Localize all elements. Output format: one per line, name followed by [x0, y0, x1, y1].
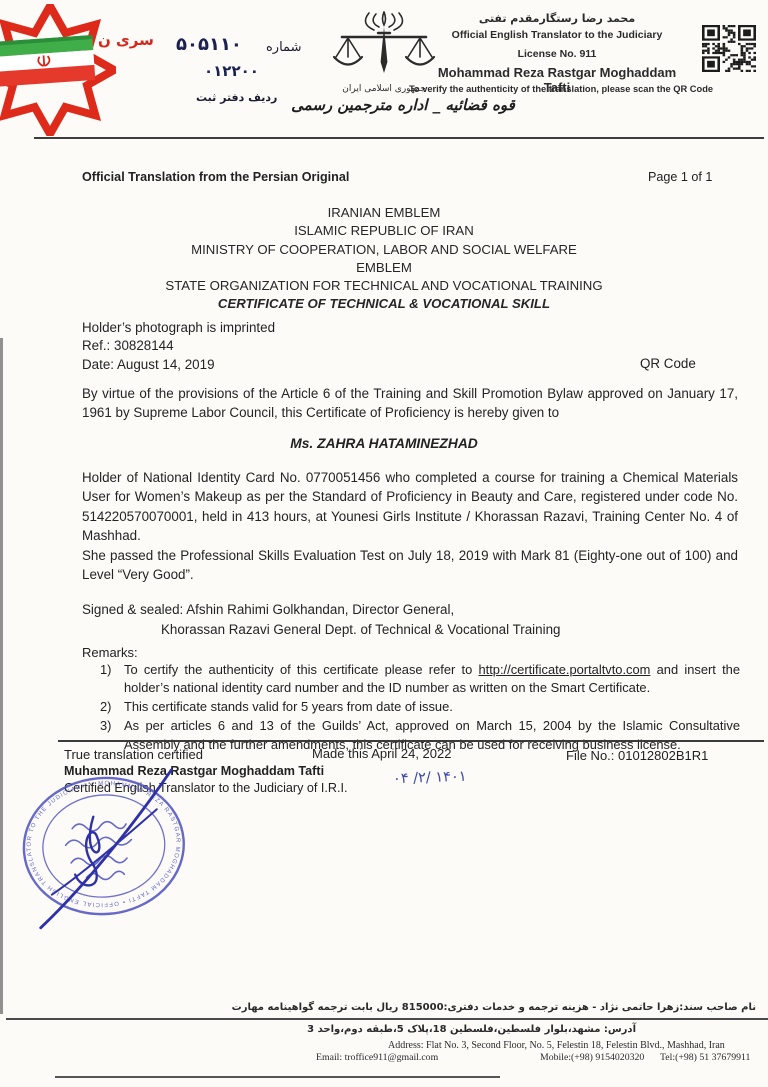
email-line: Email: troffice911@gmail.com — [316, 1052, 438, 1063]
file-number: File No.: 01012802B1R1 — [566, 748, 708, 763]
remark-text: To certify the authenticity of this cert… — [124, 661, 740, 698]
iran-flag-star-stamp-icon — [0, 4, 116, 136]
remarks-label: Remarks: — [82, 645, 138, 660]
qr-code — [702, 25, 756, 72]
serial-number-2: ۰۱۲۲۰۰ — [204, 62, 259, 80]
intro-paragraph: By virtue of the provisions of the Artic… — [82, 384, 738, 422]
heading-line-1: IRANIAN EMBLEM — [0, 204, 768, 222]
signed-line-2: Khorassan Razavi General Dept. of Techni… — [82, 620, 738, 640]
remark-number: 1) — [100, 661, 124, 698]
address-english: Address: Flat No. 3, Second Floor, No. 5… — [388, 1040, 725, 1051]
body-paragraph-2: She passed the Professional Skills Evalu… — [82, 546, 738, 585]
document-owner-fee-line: نام صاحب سند:زهرا حاتمی نژاد - هزینه ترج… — [0, 1002, 756, 1013]
handwritten-persian-date: ۱۴۰۱ /۲/ ۰۴ — [393, 769, 467, 788]
heading-line-5: STATE ORGANIZATION FOR TECHNICAL AND VOC… — [0, 277, 768, 295]
photo-note: Holder’s photograph is imprinted — [82, 319, 738, 337]
certification-divider — [58, 740, 764, 742]
translator-round-stamp-icon: MOHAMMAD REZA RASTGAR MOGHADDAM TAFTI • … — [1, 760, 206, 936]
heading-line-2: ISLAMIC REPUBLIC OF IRAN — [0, 222, 768, 240]
translation-source-note: Official Translation from the Persian Or… — [82, 170, 349, 184]
remark-text-pre: To certify the authenticity of this cert… — [124, 662, 478, 677]
page-number: Page 1 of 1 — [648, 170, 712, 184]
scan-artifact-line — [55, 1076, 500, 1078]
heading-line-4: EMBLEM — [0, 259, 768, 277]
serial-label: شماره — [266, 40, 301, 55]
holder-name: Ms. ZAHRA HATAMINEZHAD — [0, 436, 768, 451]
qr-verification-note: To verify the authenticity of the transl… — [408, 84, 714, 94]
footer-rule — [6, 1018, 768, 1020]
license-number: License No. 911 — [424, 48, 690, 60]
signed-line-1: Signed & sealed: Afshin Rahimi Golkhanda… — [82, 600, 738, 620]
signed-sealed-block: Signed & sealed: Afshin Rahimi Golkhanda… — [82, 600, 738, 639]
register-row-label: ردیف دفتر ثبت — [196, 91, 277, 104]
body-paragraph-1: Holder of National Identity Card No. 077… — [82, 468, 738, 545]
scan-edge-artifact — [0, 338, 3, 1014]
address-farsi: آدرس: مشهد،بلوار فلسطین،فلسطین 18،پلاک 5… — [0, 1024, 636, 1035]
translator-title-line: Official English Translator to the Judic… — [424, 29, 690, 41]
mobile-line: Mobile:(+98) 9154020320 — [540, 1052, 644, 1063]
tel-line: Tel:(+98) 51 37679911 — [660, 1052, 750, 1063]
certificate-title: CERTIFICATE OF TECHNICAL & VOCATIONAL SK… — [0, 295, 768, 313]
remark-number: 2) — [100, 698, 124, 716]
translator-name-farsi: محمد رضا رستگارمقدم تفتی — [424, 12, 690, 25]
made-date: Made this April 24, 2022 — [312, 746, 451, 761]
ref-number: Ref.: 30828144 — [82, 337, 738, 355]
judiciary-script-line: قوه قضائیه _ اداره مترجمین رسمی — [290, 96, 516, 114]
remark-item-2: 2) This certificate stands valid for 5 y… — [100, 698, 740, 716]
header-divider — [34, 137, 764, 139]
serial-series-red-text: سری ن — [98, 31, 154, 49]
qr-code-label: QR Code — [640, 356, 696, 371]
certificate-portal-link: http://certificate.portaltvto.com — [478, 662, 650, 677]
heading-line-3: MINISTRY OF COOPERATION, LABOR AND SOCIA… — [0, 241, 768, 259]
serial-number: ۵۰۵۱۱۰ — [176, 34, 242, 55]
remark-item-1: 1) To certify the authenticity of this c… — [100, 661, 740, 698]
remark-text: This certificate stands valid for 5 year… — [124, 698, 740, 716]
scanned-certificate-page: شماره ۵۰۵۱۱۰ سری ن ۰۱۲۲۰۰ ردیف دفتر ثبت … — [0, 0, 768, 1087]
document-heading-block: IRANIAN EMBLEM ISLAMIC REPUBLIC OF IRAN … — [0, 204, 768, 314]
true-translation-note: True translation certified — [64, 747, 203, 762]
